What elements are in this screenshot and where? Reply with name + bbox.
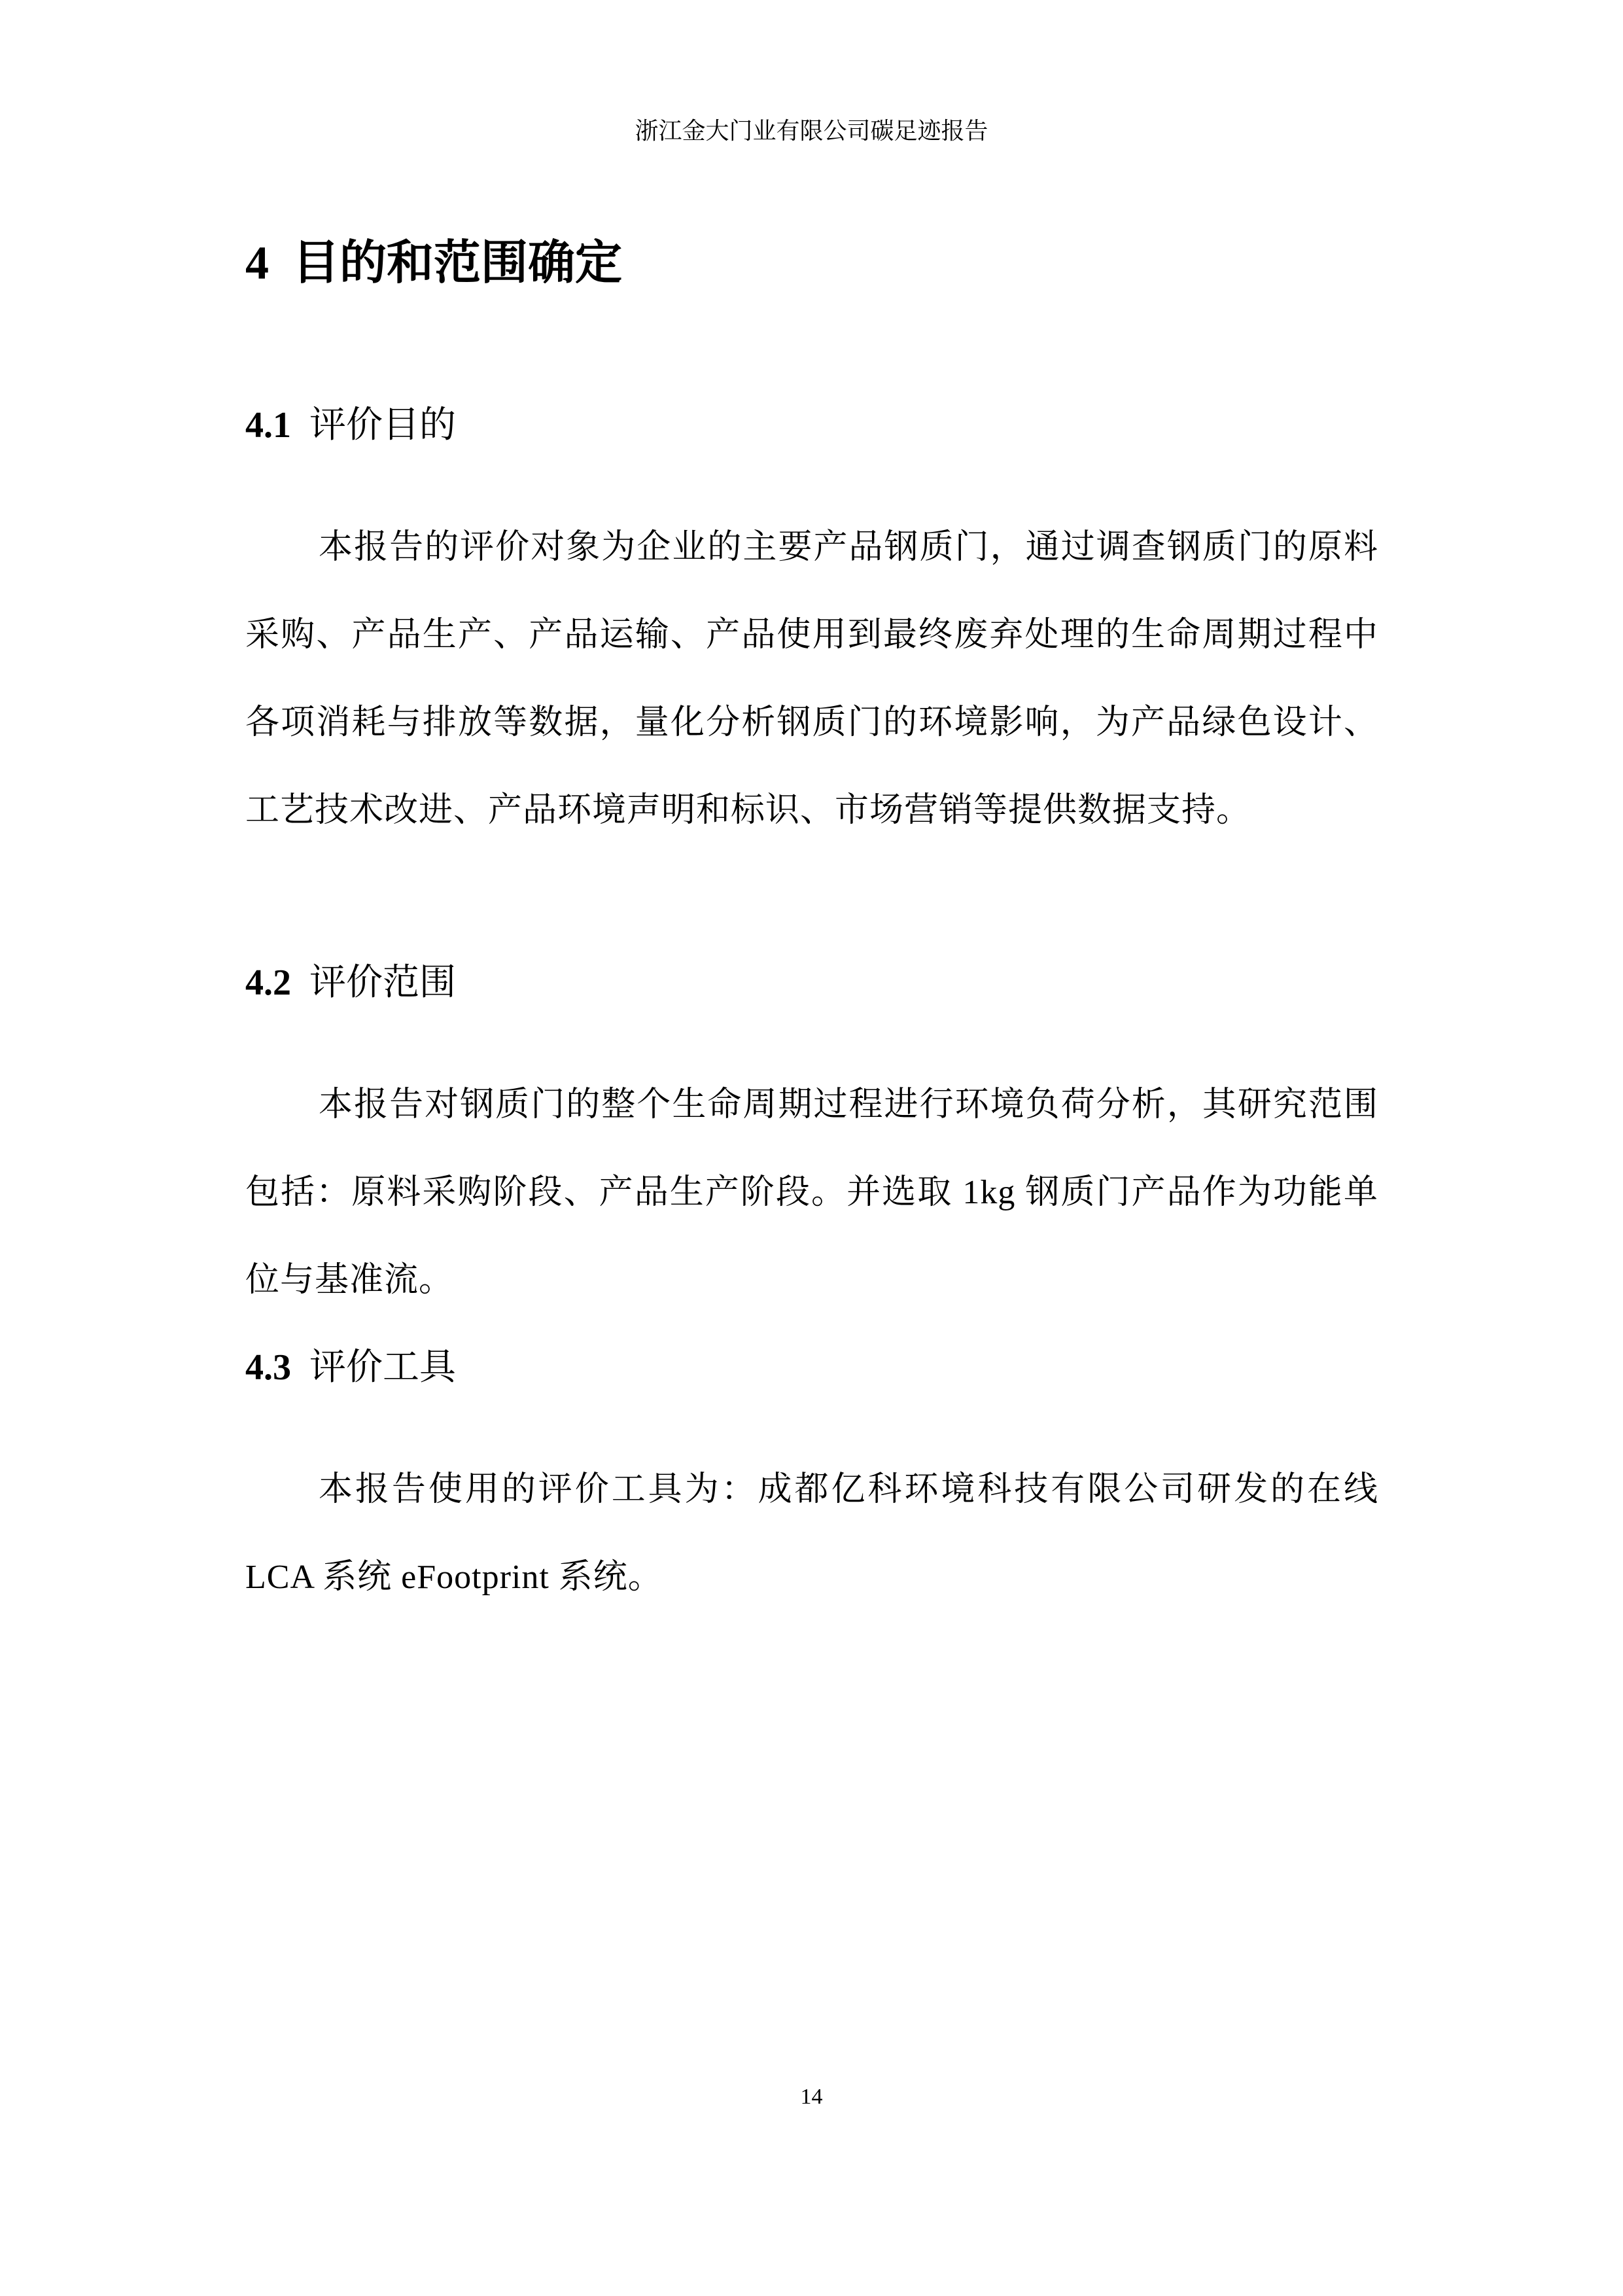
- section-number: 4.1: [245, 405, 291, 446]
- section-heading-4-1: 4.1评价目的: [245, 399, 456, 451]
- section-title: 评价目的: [309, 405, 456, 446]
- section-number: 4.3: [245, 1347, 291, 1388]
- section-heading-4-2: 4.2评价范围: [245, 957, 456, 1009]
- section-paragraph-4-2: 本报告对钢质门的整个生命周期过程进行环境负荷分析，其研究范围包括：原料采购阶段、…: [245, 1061, 1378, 1324]
- chapter-title: 目的和范围确定: [292, 237, 622, 289]
- section-paragraph-4-1: 本报告的评价对象为企业的主要产品钢质门，通过调查钢质门的原料采购、产品生产、产品…: [245, 504, 1378, 855]
- section-title: 评价范围: [309, 963, 456, 1003]
- section-paragraph-4-3: 本报告使用的评价工具为：成都亿科环境科技有限公司研发的在线 LCA 系统 eFo…: [245, 1446, 1378, 1621]
- section-title: 评价工具: [309, 1347, 456, 1388]
- page-number: 14: [0, 2081, 1623, 2113]
- section-number: 4.2: [245, 963, 291, 1003]
- section-heading-4-3: 4.3评价工具: [245, 1341, 456, 1394]
- page-header: 浙江金大门业有限公司碳足迹报告: [0, 111, 1623, 150]
- chapter-heading: 4目的和范围确定: [245, 230, 622, 296]
- chapter-number: 4: [245, 237, 269, 289]
